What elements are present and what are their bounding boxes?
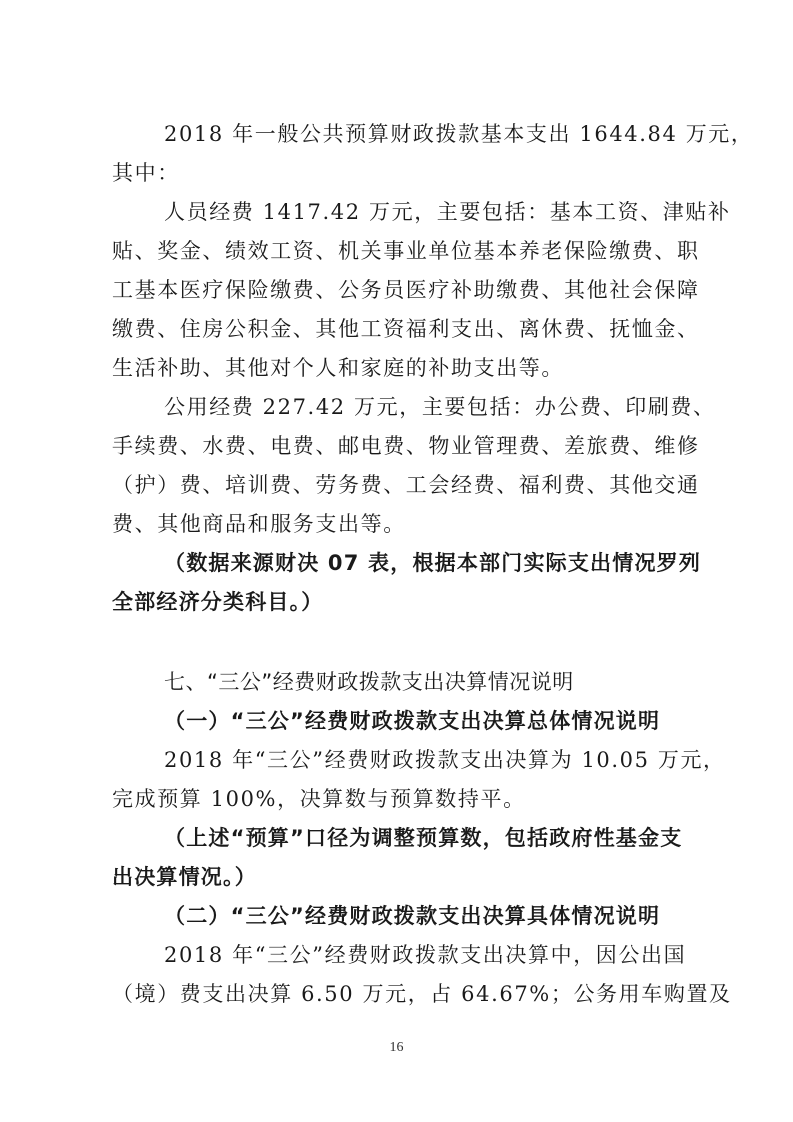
paragraph-personnel-expenses: 人员经费 1417.42 万元，主要包括：基本工资、津贴补 [164,197,672,227]
paragraph-line: （护）费、培训费、劳务费、工会经费、福利费、其他交通 [112,470,672,500]
paragraph-line: 费、其他商品和服务支出等。 [112,509,672,539]
paragraph-line: 贴、奖金、绩效工资、机关事业单位基本养老保险缴费、职 [112,236,672,266]
note-budget-definition: （上述“预算”口径为调整预算数，包括政府性基金支 [164,823,672,853]
section-heading-three-public: 七、“三公”经费财政拨款支出决算情况说明 [164,667,672,697]
document-page: 2018 年一般公共预算财政拨款基本支出 1644.84 万元， 其中： 人员经… [0,0,793,1122]
paragraph-three-public-total: 2018 年“三公”经费财政拨款支出决算为 10.05 万元， [164,745,672,775]
paragraph-line: 完成预算 100%，决算数与预算数持平。 [112,784,672,814]
subsection-heading-specific: （二）“三公”经费财政拨款支出决算具体情况说明 [164,901,672,931]
note-line: 出决算情况。） [112,862,672,892]
paragraph-line: （境）费支出决算 6.50 万元，占 64.67%；公务用车购置及 [112,979,672,1009]
note-data-source: （数据来源财决 07 表，根据本部门实际支出情况罗列 [164,548,672,578]
paragraph-line: 其中： [112,158,672,188]
paragraph-line: 工基本医疗保险缴费、公务员医疗补助缴费、其他社会保障 [112,275,672,305]
paragraph-three-public-breakdown: 2018 年“三公”经费财政拨款支出决算中，因公出国 [164,940,672,970]
paragraph-line: 缴费、住房公积金、其他工资福利支出、离休费、抚恤金、 [112,314,672,344]
paragraph-line: 生活补助、其他对个人和家庭的补助支出等。 [112,353,672,383]
subsection-heading-overall: （一）“三公”经费财政拨款支出决算总体情况说明 [164,706,672,736]
paragraph-basic-expenditure-intro: 2018 年一般公共预算财政拨款基本支出 1644.84 万元， [164,119,672,149]
paragraph-line: 手续费、水费、电费、邮电费、物业管理费、差旅费、维修 [112,431,672,461]
page-number: 16 [0,1040,793,1056]
note-line: 全部经济分类科目。） [112,587,672,617]
paragraph-public-expenses: 公用经费 227.42 万元，主要包括：办公费、印刷费、 [164,392,672,422]
